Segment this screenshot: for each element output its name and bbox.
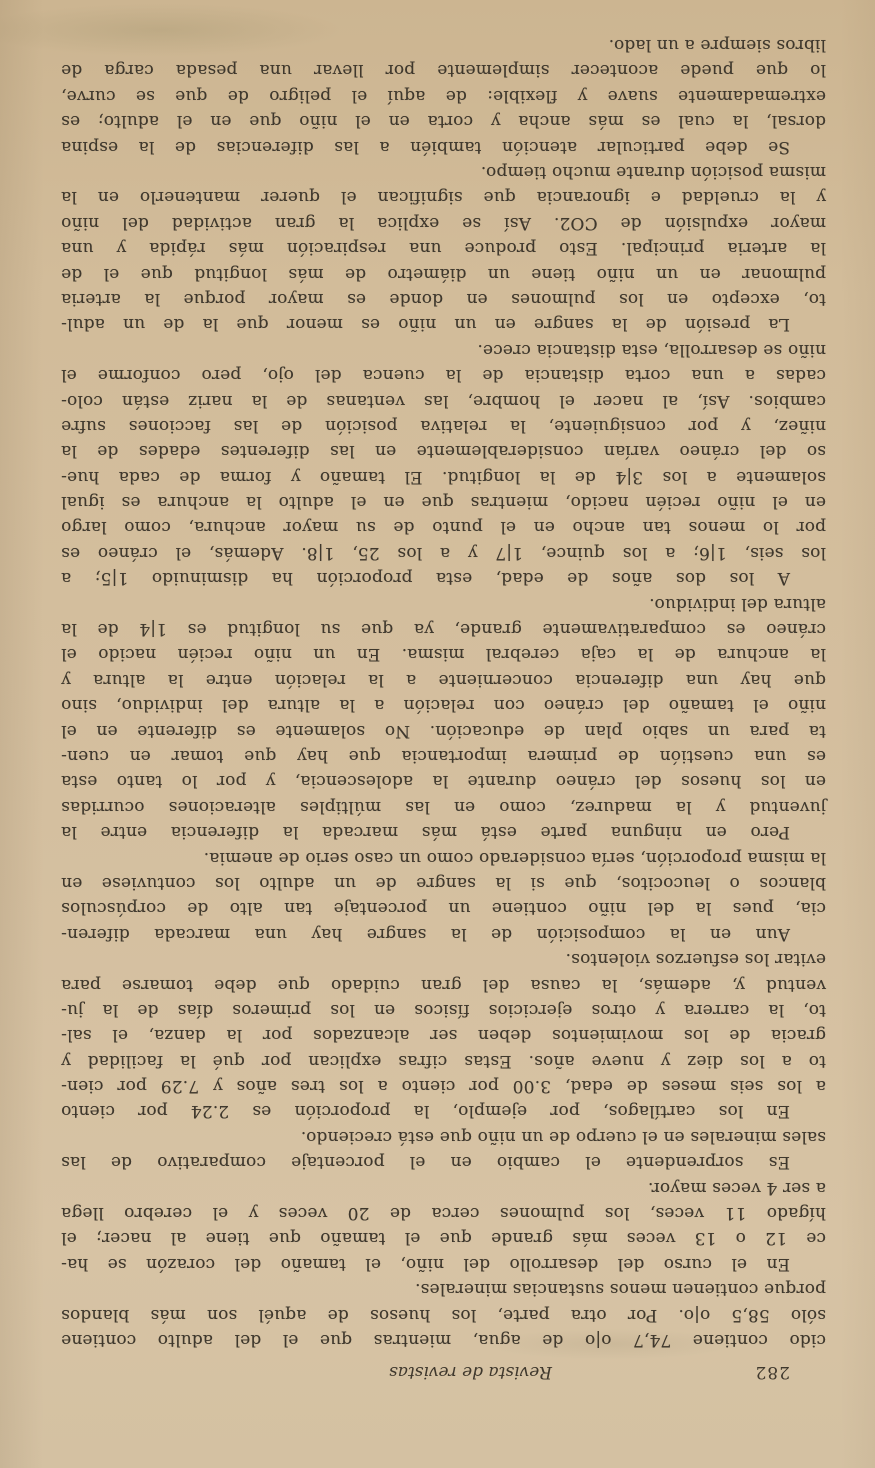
text-line: Se debe particular atención también a la… (61, 133, 826, 158)
text-line: sólo 58,5 o|o. Por otra parte, los hueso… (61, 1301, 826, 1326)
page-header: 282 Revista de revistas (61, 1356, 826, 1382)
text-line: pulmonar en un niño tiene un diámetro de… (61, 260, 826, 285)
text-line: en el niño recién nacido, mientras que e… (61, 489, 826, 514)
text-line: cadas a una corta distancia de la cuenca… (61, 362, 826, 387)
text-line: En los cartílagos, por ejemplo, la propo… (61, 1098, 826, 1123)
text-line: to, excepto en los pulmones en donde es … (61, 286, 826, 311)
text-line: En el curso del desarrollo del niño, el … (61, 1250, 826, 1275)
text-line: sales minerales en el cuerpo de un niño … (61, 1123, 826, 1148)
page-body: cido contiene 74,7 o|o de agua, mientras… (61, 28, 826, 1352)
text-line: evitar los esfuerzos violentos. (61, 946, 826, 971)
text-line: juventud y la madurez, como en las múlti… (61, 793, 826, 818)
text-line: niño el tamaño del cráneo con relación a… (61, 692, 826, 717)
text-line: A los dos años de edad, esta proporción … (61, 565, 826, 590)
text-line: so del cráneo varían considerablemente e… (61, 438, 826, 463)
text-line: ta para un sabio plan de educación. No s… (61, 717, 826, 742)
text-line: por lo menos tan ancho en el punto de su… (61, 514, 826, 539)
text-line: niñez, y por consiguiente, la relativa p… (61, 413, 826, 438)
text-line: y la crueldad e ignorancia que significa… (61, 184, 826, 209)
running-title: Revista de revistas (389, 1362, 552, 1382)
text-line: dorsal, la cual es más ancha y corta en … (61, 108, 826, 133)
text-line: La presión de la sangre en un niño es me… (61, 311, 826, 336)
text-line: solamente a los 3|4 de la longitud. El t… (61, 463, 826, 488)
text-line: Es sorprendente el cambio en el porcenta… (61, 1149, 826, 1174)
text-line: altura del individuo. (61, 590, 826, 615)
upside-down-page: 282 Revista de revistas cido contiene 74… (0, 0, 875, 1468)
text-line: mayor expulsión de CO2. Así se explica l… (61, 209, 826, 234)
page-number: 282 (755, 1362, 790, 1382)
text-line: ce 12 o 13 veces más grande que el tamañ… (61, 1225, 826, 1250)
text-line: to a los diez y nueve años. Estas cifras… (61, 1047, 826, 1072)
text-line: los seis, 1|6; a los quince, 1|7 y a los… (61, 540, 826, 565)
text-line: ventud y, además, la causa del gran cuid… (61, 971, 826, 996)
text-line: gracia de los movimientos deben ser alca… (61, 1022, 826, 1047)
text-line: niño se desarrolla, esta distancia crece… (61, 336, 826, 361)
text-line: cido contiene 74,7 o|o de agua, mientras… (61, 1327, 826, 1352)
text-line: extremadamente suave y flexible: de aquí… (61, 82, 826, 107)
book-page-photo: 282 Revista de revistas cido contiene 74… (0, 0, 875, 1468)
text-line: libros siempre a un lado. (61, 32, 826, 57)
text-line: que hay una diferencia concerniente a la… (61, 666, 826, 691)
text-line: misma posición durante mucho tiempo. (61, 159, 826, 184)
text-line: la misma proporción, sería considerado c… (61, 844, 826, 869)
text-line: Aun en la composición de la sangre hay u… (61, 920, 826, 945)
text-line: hígado 11 veces, los pulmones cerca de 2… (61, 1200, 826, 1225)
text-line: cráneo es comparativamente grande, ya qu… (61, 616, 826, 641)
text-line: es una cuestión de primera importancia q… (61, 743, 826, 768)
text-line: a los seis meses de edad, 3.00 por cient… (61, 1073, 826, 1098)
text-line: la arteria principal. Esto produce una r… (61, 235, 826, 260)
text-line: porque contienen menos sustancias minera… (61, 1276, 826, 1301)
text-line: la anchura de la caja cerebral misma. En… (61, 641, 826, 666)
text-line: to, la carrera y otros ejercicios físico… (61, 997, 826, 1022)
text-line: cambios. Así, al nacer el hombre, las ve… (61, 387, 826, 412)
text-line: cia, pues la del niño contiene un porcen… (61, 895, 826, 920)
text-line: blancos o leucocitos, que si la sangre d… (61, 870, 826, 895)
text-line: Pero en ninguna parte está más marcada l… (61, 819, 826, 844)
text-line: a ser 4 veces mayor. (61, 1174, 826, 1199)
text-line: lo que puede acontecer simplemente por l… (61, 57, 826, 82)
text-line: en los huesos del cráneo durante la adol… (61, 768, 826, 793)
